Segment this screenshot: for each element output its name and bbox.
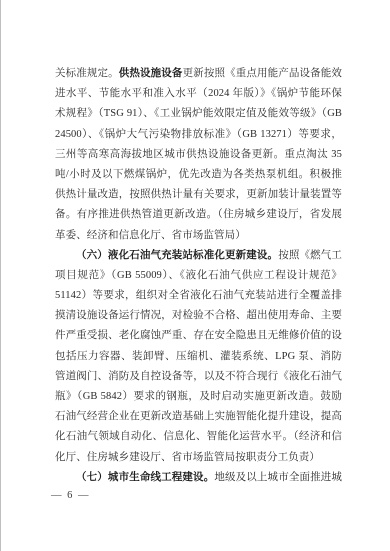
text-line: 摸清设施设备运行情况，对检验不合格、超出使用寿命、主要部 — [55, 306, 342, 326]
text-line: 管道阀门、消防及自控设备等，以及不符合现行《液化石油气钢 — [55, 367, 342, 387]
text-line: 进水平、节能水平和准入水平（2024 年版）》《锅炉节能环保技 — [55, 84, 342, 104]
text-segment: 瓶》（GB 5842）要求的钢瓶，及时启动实施更新改造。鼓励液化 — [55, 391, 342, 407]
text-segment: 化石油气领域自动化、信息化、智能化运营水平。（经济和信息 — [55, 431, 342, 447]
text-segment: 三州等高寒高海拔地区城市供热设施设备更新。重点淘汰 35 蒸 — [55, 149, 342, 165]
text-segment: 石油气经营企业在更新改造基础上实施智能化提升建设，提高液 — [55, 411, 342, 427]
text-segment: 关标准规定。 — [55, 68, 119, 79]
document-page: 关标准规定。供热设施设备更新按照《重点用能产品设备能效先进水平、节能水平和准入水… — [0, 0, 390, 551]
text-line: 件严重受损、老化腐蚀严重、存在安全隐患且无维修价值的设备， — [55, 326, 342, 346]
text-line: 术规程》（TSG 91）、《工业锅炉能效限定值及能效等级》（GB — [55, 104, 342, 124]
text-segment: 术规程》（TSG 91）、《工业锅炉能效限定值及能效等级》（GB — [55, 108, 342, 119]
text-line: 供热计量改造，按照供热计量有关要求，更新加装计量装置等设 — [55, 185, 342, 205]
text-line: 瓶》（GB 5842）要求的钢瓶，及时启动实施更新改造。鼓励液化 — [55, 387, 342, 407]
text-line: 项目规范》（GB 55009）、《液化石油气供应工程设计规范》（GB — [55, 266, 342, 286]
text-segment: 管道阀门、消防及自控设备等，以及不符合现行《液化石油气钢 — [55, 371, 342, 387]
page-number: — 6 — — [51, 490, 90, 501]
text-segment: 项目规范》（GB 55009）、《液化石油气供应工程设计规范》（GB — [55, 270, 342, 286]
bold-text-segment: （七）城市生命线工程建设。 — [76, 472, 214, 483]
bold-text-segment: 供热设施设备 — [119, 68, 183, 79]
text-segment: 供热计量改造，按照供热计量有关要求，更新加装计量装置等设 — [55, 189, 342, 205]
bold-text-segment: （六）液化石油气充装站标准化更新建设。 — [76, 250, 278, 261]
text-line: （六）液化石油气充装站标准化更新建设。按照《燃气工程 — [55, 246, 342, 266]
text-segment: 革委、经济和信息化厅、省市场监管局） — [55, 230, 246, 241]
text-line: 24500）、《锅炉大气污染物排放标准》（GB 13271）等要求，推进 — [55, 125, 342, 145]
text-line: 包括压力容器、装卸臂、压缩机、灌装系统、LPG 泵、消防泵及 — [55, 347, 342, 367]
text-segment: 化厅、住房城乡建设厅、省市场监管局按职责分工负责） — [55, 452, 320, 463]
text-segment: 51142）等要求，组织对全省液化石油气充装站进行全覆盖排查， — [55, 290, 342, 306]
text-line: 三州等高寒高海拔地区城市供热设施设备更新。重点淘汰 35 蒸 — [55, 145, 342, 165]
text-line: 吨/小时及以下燃煤锅炉，优先改造为各类热泵机组。积极推进 — [55, 165, 342, 185]
document-body: 关标准规定。供热设施设备更新按照《重点用能产品设备能效先进水平、节能水平和准入水… — [55, 64, 342, 488]
text-line: 关标准规定。供热设施设备更新按照《重点用能产品设备能效先 — [55, 64, 342, 84]
text-segment: 件严重受损、老化腐蚀严重、存在安全隐患且无维修价值的设备， — [55, 330, 342, 346]
text-line: （七）城市生命线工程建设。地级及以上城市全面推进城市 — [55, 468, 342, 488]
scan-edge-artifact — [0, 0, 1, 551]
text-line: 革委、经济和信息化厅、省市场监管局） — [55, 226, 342, 246]
text-line: 石油气经营企业在更新改造基础上实施智能化提升建设，提高液 — [55, 407, 342, 427]
text-line: 51142）等要求，组织对全省液化石油气充装站进行全覆盖排查， — [55, 286, 342, 306]
text-segment: 摸清设施设备运行情况，对检验不合格、超出使用寿命、主要部 — [55, 310, 342, 326]
text-segment: 进水平、节能水平和准入水平（2024 年版）》《锅炉节能环保技 — [55, 88, 342, 104]
text-line: 化厅、住房城乡建设厅、省市场监管局按职责分工负责） — [55, 448, 342, 468]
text-line: 化石油气领域自动化、信息化、智能化运营水平。（经济和信息 — [55, 427, 342, 447]
text-line: 备。有序推进供热管道更新改造。（住房城乡建设厅，省发展改 — [55, 205, 342, 225]
text-segment: 备。有序推进供热管道更新改造。（住房城乡建设厅，省发展改 — [55, 209, 342, 225]
text-segment: 包括压力容器、装卸臂、压缩机、灌装系统、LPG 泵、消防泵及 — [55, 351, 342, 367]
text-segment: 吨/小时及以下燃煤锅炉，优先改造为各类热泵机组。积极推进 — [55, 169, 342, 185]
text-segment: 24500）、《锅炉大气污染物排放标准》（GB 13271）等要求，推进 — [55, 129, 342, 145]
